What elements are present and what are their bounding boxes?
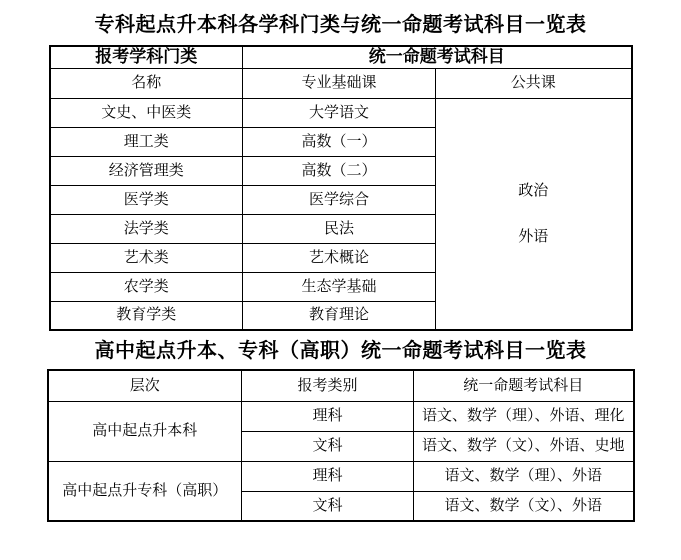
document-page: 专科起点升本科各学科门类与统一命题考试科目一览表 报考学科门类 统一命题考试科目… bbox=[0, 0, 681, 560]
subject-cell: 艺术概论 bbox=[243, 243, 436, 272]
track-cell: 文科 bbox=[242, 491, 414, 521]
header-level: 层次 bbox=[48, 370, 242, 401]
category-cell: 农学类 bbox=[50, 272, 243, 301]
track-cell: 文科 bbox=[242, 431, 414, 461]
subjects-cell: 语文、数学（文）、外语 bbox=[414, 491, 634, 521]
table-row: 高中起点升专科（高职） 理科 语文、数学（理）、外语 bbox=[48, 461, 634, 491]
category-cell: 理工类 bbox=[50, 127, 243, 156]
subject-cell: 民法 bbox=[243, 214, 436, 243]
header-discipline-group: 报考学科门类 bbox=[50, 46, 243, 68]
table-subheader-row: 名称 专业基础课 公共课 bbox=[50, 68, 632, 98]
politics-label: 政治 bbox=[518, 182, 548, 200]
header-unified-exam-subjects: 统一命题考试科目 bbox=[414, 370, 634, 401]
header-unified-exam-subjects: 统一命题考试科目 bbox=[243, 46, 632, 68]
category-cell: 法学类 bbox=[50, 214, 243, 243]
category-cell: 教育学类 bbox=[50, 301, 243, 330]
table-row: 高中起点升本科 理科 语文、数学（理）、外语、理化 bbox=[48, 401, 634, 431]
subject-cell: 高数（二） bbox=[243, 156, 436, 185]
foreign-language-label: 外语 bbox=[518, 228, 548, 246]
common-subjects-list: 政治 外语 bbox=[436, 182, 631, 246]
table-row: 文史、中医类 大学语文 政治 外语 bbox=[50, 98, 632, 127]
subheader-name: 名称 bbox=[50, 68, 243, 98]
junior-college-to-bachelor-table: 报考学科门类 统一命题考试科目 名称 专业基础课 公共课 文史、中医类 大学语文… bbox=[49, 45, 633, 331]
table2-title: 高中起点升本、专科（高职）统一命题考试科目一览表 bbox=[0, 339, 681, 363]
level-cell: 高中起点升本科 bbox=[48, 401, 242, 461]
track-cell: 理科 bbox=[242, 461, 414, 491]
common-subjects-cell: 政治 外语 bbox=[436, 98, 632, 330]
table-header-row: 报考学科门类 统一命题考试科目 bbox=[50, 46, 632, 68]
subheader-major-basic-course: 专业基础课 bbox=[243, 68, 436, 98]
subjects-cell: 语文、数学（理）、外语、理化 bbox=[414, 401, 634, 431]
subject-cell: 大学语文 bbox=[243, 98, 436, 127]
table-header-row: 层次 报考类别 统一命题考试科目 bbox=[48, 370, 634, 401]
category-cell: 医学类 bbox=[50, 185, 243, 214]
track-cell: 理科 bbox=[242, 401, 414, 431]
subject-cell: 教育理论 bbox=[243, 301, 436, 330]
level-cell: 高中起点升专科（高职） bbox=[48, 461, 242, 521]
category-cell: 艺术类 bbox=[50, 243, 243, 272]
table1-title: 专科起点升本科各学科门类与统一命题考试科目一览表 bbox=[0, 13, 681, 37]
subject-cell: 高数（一） bbox=[243, 127, 436, 156]
category-cell: 文史、中医类 bbox=[50, 98, 243, 127]
subjects-cell: 语文、数学（文）、外语、史地 bbox=[414, 431, 634, 461]
subject-cell: 医学综合 bbox=[243, 185, 436, 214]
subject-cell: 生态学基础 bbox=[243, 272, 436, 301]
high-school-origin-table: 层次 报考类别 统一命题考试科目 高中起点升本科 理科 语文、数学（理）、外语、… bbox=[47, 369, 635, 522]
category-cell: 经济管理类 bbox=[50, 156, 243, 185]
header-application-category: 报考类别 bbox=[242, 370, 414, 401]
subheader-public-course: 公共课 bbox=[436, 68, 632, 98]
subjects-cell: 语文、数学（理）、外语 bbox=[414, 461, 634, 491]
